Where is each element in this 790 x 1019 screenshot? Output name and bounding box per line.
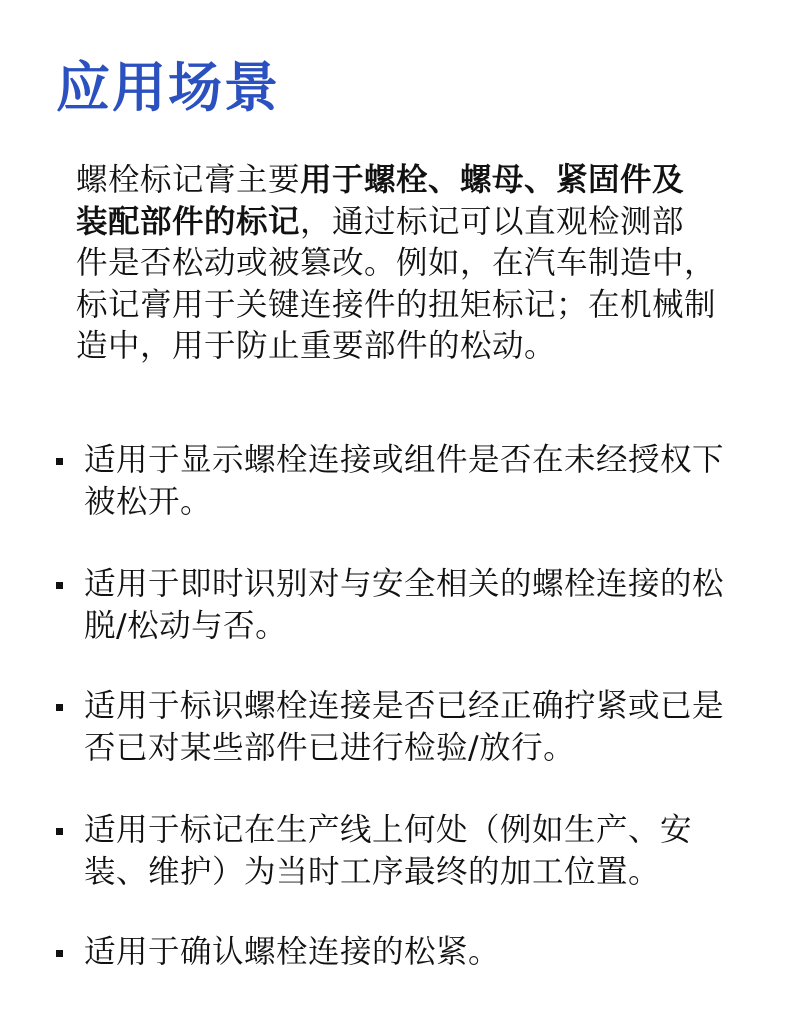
square-bullet-icon: [56, 458, 63, 465]
list-item-text: 适用于标记在生产线上何处（例如生产、安装、维护）为当时工序最终的加工位置。: [84, 810, 734, 893]
list-item-text: 适用于确认螺栓连接的松紧。: [84, 932, 734, 974]
list-item-text: 适用于显示螺栓连接或组件是否在未经授权下被松开。: [84, 440, 734, 523]
square-bullet-icon: [56, 582, 63, 589]
page-title: 应用场景: [56, 52, 280, 124]
square-bullet-icon: [56, 828, 63, 835]
list-item-text: 适用于即时识别对与安全相关的螺栓连接的松脱/松动与否。: [84, 564, 734, 647]
square-bullet-icon: [56, 704, 63, 711]
list-item-text: 适用于标识螺栓连接是否已经正确拧紧或已是否已对某些部件已进行检验/放行。: [84, 686, 734, 769]
intro-paragraph: 螺栓标记膏主要用于螺栓、螺母、紧固件及装配部件的标记，通过标记可以直观检测部件是…: [76, 160, 716, 368]
intro-prefix: 螺栓标记膏主要: [76, 162, 300, 198]
square-bullet-icon: [56, 950, 63, 957]
